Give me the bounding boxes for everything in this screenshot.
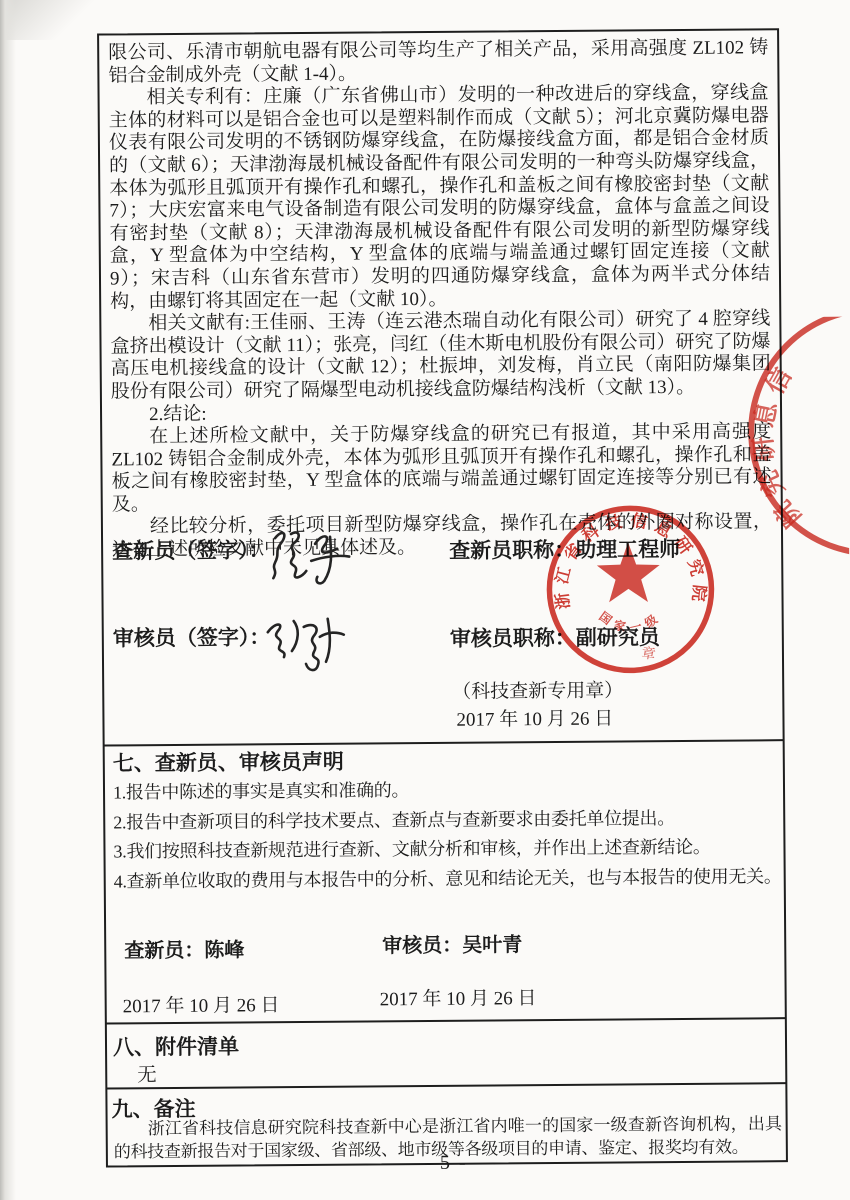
declaration-list: 1.报告中陈述的事实是真实和准确的。 2.报告中查新项目的科学技术要点、查新点与…	[113, 773, 780, 896]
analysis-text-block: 限公司、乐清市朝航电器有限公司等均生产了相关产品，采用高强度 ZL102 铸铝合…	[108, 37, 772, 562]
declaration-item: 4.查新单位收取的费用与本报告中的分析、意见和结论无关，也与本报告的使用无关。	[114, 862, 780, 897]
paragraph-continuation: 限公司、乐清市朝航电器有限公司等均生产了相关产品，采用高强度 ZL102 铸铝合…	[108, 37, 768, 87]
seal-note: （科技查新专用章）	[452, 675, 623, 703]
scanned-page: 限公司、乐清市朝航电器有限公司等均生产了相关产品，采用高强度 ZL102 铸铝合…	[0, 0, 850, 1200]
attachments-content: 无	[137, 1059, 157, 1087]
section-divider	[106, 1017, 786, 1024]
report-table-border: 限公司、乐清市朝航电器有限公司等均生产了相关产品，采用高强度 ZL102 铸铝合…	[97, 28, 788, 1167]
page-number: - 5 -	[106, 1149, 786, 1177]
official-stamp: 浙江省科技信息研究院 国家一级 章	[540, 499, 721, 680]
edge-stamp-char: 信	[760, 363, 798, 399]
section-8-heading: 八、附件清单	[113, 1030, 239, 1061]
section-7-heading: 七、查新员、审核员声明	[113, 746, 344, 778]
checker-signature	[261, 521, 362, 594]
edge-stamp: 信 息 研 究 院	[732, 317, 849, 563]
stamp-grade-text: 国家一级	[596, 608, 665, 636]
checker-sign-label: 查新员（签字）：	[112, 534, 270, 565]
reviewer-signature	[256, 606, 357, 682]
scan-left-shadow	[0, 0, 16, 1200]
reviewer-sign-label: 审核员（签字）：	[113, 621, 271, 652]
svg-text:国家一级: 国家一级	[596, 608, 665, 636]
section-divider	[106, 1082, 786, 1089]
checker-date: 2017 年 10 月 26 日	[123, 990, 280, 1018]
checker-name: 查新员：陈峰	[124, 933, 244, 963]
stamp-seal-char: 章	[640, 644, 656, 663]
paragraph-literature: 相关文献有:王佳丽、王涛（连云港杰瑞自动化有限公司）研究了 4 腔穿线盒挤出模设…	[110, 308, 771, 404]
section-divider	[104, 739, 784, 746]
reviewer-date: 2017 年 10 月 26 日	[380, 983, 537, 1011]
star-icon	[597, 542, 660, 602]
edge-stamp-char: 研	[749, 435, 780, 463]
scan-corner-shadow	[0, 0, 120, 40]
reviewer-name: 审核员：吴叶青	[382, 928, 522, 958]
seal-date: 2017 年 10 月 26 日	[456, 704, 613, 732]
paragraph-patents: 相关专利有：庄廉（广东省佛山市）发明的一种改进后的穿线盒，穿线盒主体的材料可以是…	[108, 82, 770, 313]
declaration-item: 3.我们按照科技查新规范进行查新、文献分析和审核，并作出上述查新结论。	[113, 832, 779, 867]
